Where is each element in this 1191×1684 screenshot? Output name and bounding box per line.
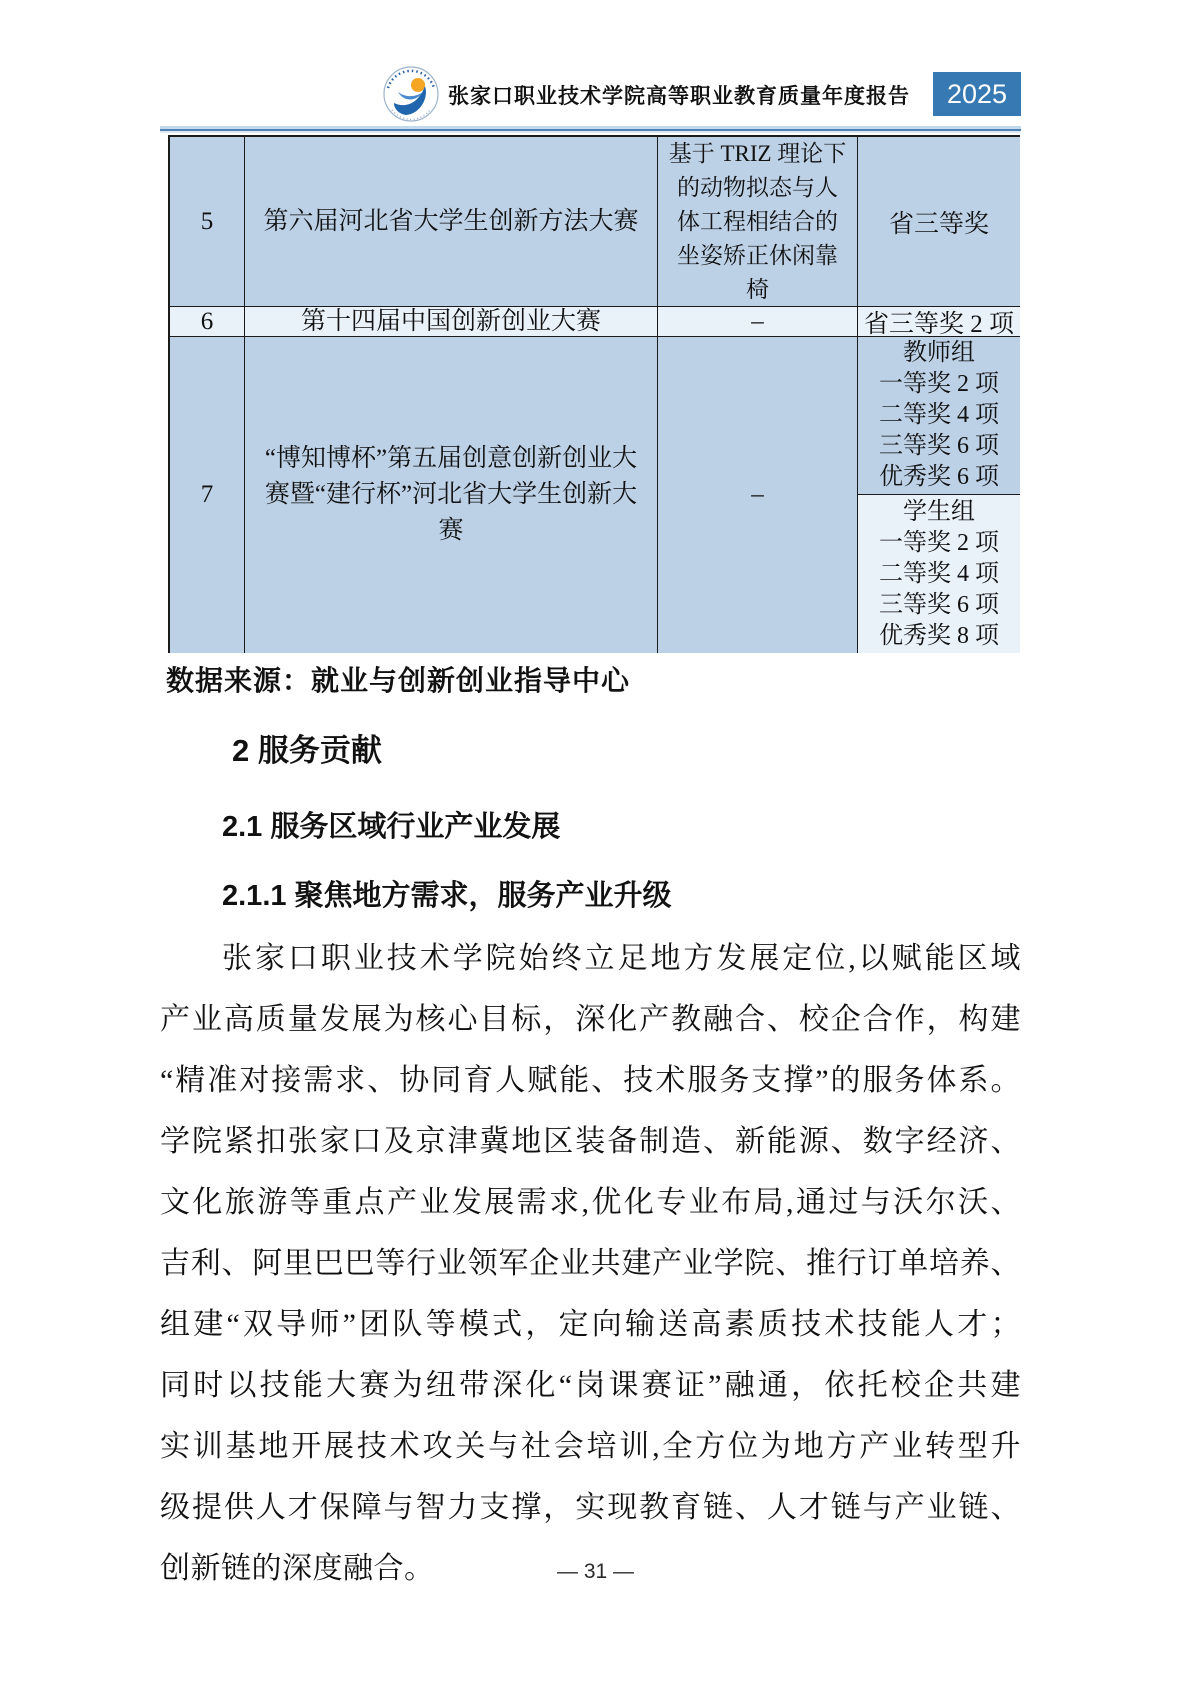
section-heading: 2 服务贡献 — [232, 725, 1021, 770]
award-line: 优秀奖 6 项 — [862, 462, 1016, 493]
award-line: 一等奖 2 项 — [862, 369, 1016, 400]
table-cell-competition: 第十四届中国创新创业大赛 — [245, 307, 658, 337]
college-logo-icon — [382, 62, 440, 124]
table-cell-award-teacher-group: 教师组 一等奖 2 项 二等奖 4 项 三等奖 6 项 优秀奖 6 项 — [858, 337, 1020, 495]
awards-table: 5 第六届河北省大学生创新方法大赛 基于 TRIZ 理论下的动物拟态与人体工程相… — [168, 135, 1020, 653]
subsubsection-heading: 2.1.1 聚焦地方需求，服务产业升级 — [222, 873, 1021, 914]
table-cell-competition: “博知博杯”第五届创意创新创业大赛暨“建行杯”河北省大学生创新大赛 — [245, 337, 658, 653]
paragraph-line: 产业高质量发展为核心目标，深化产教融合、校企合作，构建 — [160, 989, 1021, 1050]
award-line: 二等奖 4 项 — [862, 400, 1016, 431]
award-line: 三等奖 6 项 — [862, 431, 1016, 462]
award-line: 三等奖 6 项 — [862, 590, 1016, 621]
award-group-label: 学生组 — [862, 497, 1016, 528]
table-cell-award: 省三等奖 2 项 — [858, 307, 1020, 337]
paragraph-line: 学院紧扣张家口及京津冀地区装备制造、新能源、数字经济、 — [160, 1111, 1021, 1172]
paragraph-line: 文化旅游等重点产业发展需求,优化专业布局,通过与沃尔沃、 — [160, 1172, 1021, 1233]
table-cell-row-no: 5 — [170, 137, 245, 307]
subsection-heading: 2.1 服务区域行业产业发展 — [222, 804, 1021, 845]
paragraph-line: 吉利、阿里巴巴等行业领军企业共建产业学院、推行订单培养、 — [160, 1233, 1021, 1294]
table-cell-project: 基于 TRIZ 理论下的动物拟态与人体工程相结合的坐姿矫正休闲靠椅 — [658, 137, 858, 307]
award-group-label: 教师组 — [862, 338, 1016, 369]
main-content: 数据来源：就业与创新创业指导中心 2 服务贡献 2.1 服务区域行业产业发展 2… — [160, 651, 1021, 1599]
table-cell-project: – — [658, 337, 858, 653]
table-cell-project: – — [658, 307, 858, 337]
paragraph-line: 级提供人才保障与智力支撑，实现教育链、人才链与产业链、 — [160, 1477, 1021, 1538]
award-line: 优秀奖 8 项 — [862, 621, 1016, 652]
table-cell-competition: 第六届河北省大学生创新方法大赛 — [245, 137, 658, 307]
paragraph-line: 实训基地开展技术攻关与社会培训,全方位为地方产业转型升 — [160, 1416, 1021, 1477]
paragraph-line: 同时以技能大赛为纽带深化“岗课赛证”融通，依托校企共建 — [160, 1355, 1021, 1416]
table-cell-row-no: 6 — [170, 307, 245, 337]
award-line: 一等奖 2 项 — [862, 528, 1016, 559]
body-paragraph: 张家口职业技术学院始终立足地方发展定位,以赋能区域 产业高质量发展为核心目标，深… — [160, 928, 1021, 1599]
header-rule — [160, 126, 1021, 133]
table-cell-row-no: 7 — [170, 337, 245, 653]
page-number: — 31 — — [0, 1560, 1191, 1584]
paragraph-line: 组建“双导师”团队等模式，定向输送高素质技术技能人才； — [160, 1294, 1021, 1355]
paragraph-line: 张家口职业技术学院始终立足地方发展定位,以赋能区域 — [160, 928, 1021, 989]
paragraph-line: “精准对接需求、协同育人赋能、技术服务支撑”的服务体系。 — [160, 1050, 1021, 1111]
award-line: 二等奖 4 项 — [862, 559, 1016, 590]
year-badge: 2025 — [933, 72, 1021, 116]
report-title: 张家口职业技术学院高等职业教育质量年度报告 — [448, 80, 928, 110]
report-page: 张家口职业技术学院高等职业教育质量年度报告 2025 5 第六届河北省大学生创新… — [0, 0, 1191, 1684]
data-source-note: 数据来源：就业与创新创业指导中心 — [166, 659, 1021, 699]
table-cell-award-student-group: 学生组 一等奖 2 项 二等奖 4 项 三等奖 6 项 优秀奖 8 项 — [858, 495, 1020, 653]
table-cell-award: 省三等奖 — [858, 137, 1020, 307]
